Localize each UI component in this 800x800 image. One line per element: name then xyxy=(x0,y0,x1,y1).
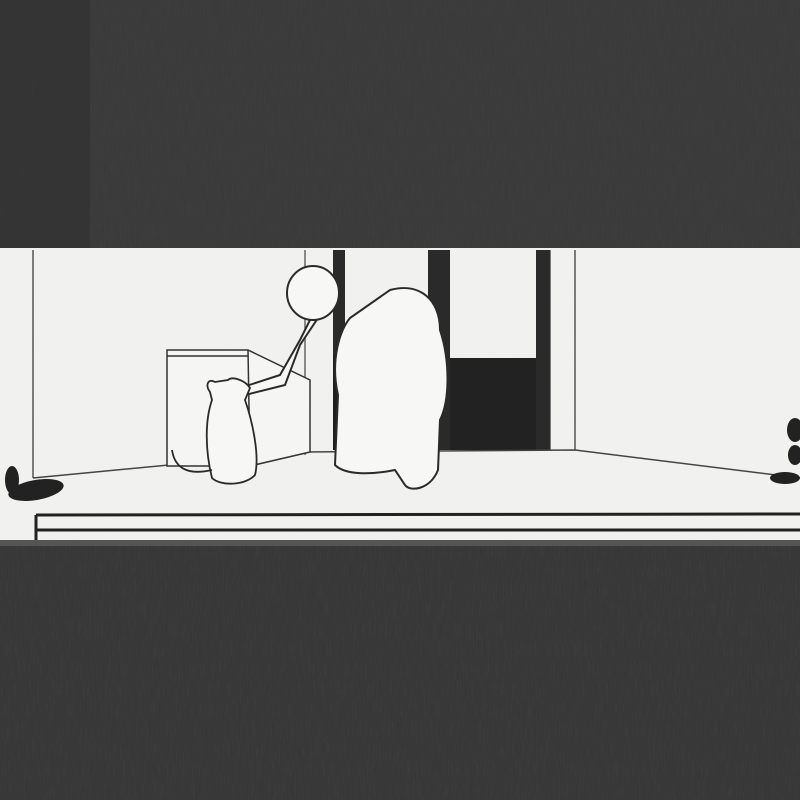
wall-bottom xyxy=(0,545,800,800)
wall-top xyxy=(0,0,800,248)
pencil-drawing xyxy=(0,0,800,800)
